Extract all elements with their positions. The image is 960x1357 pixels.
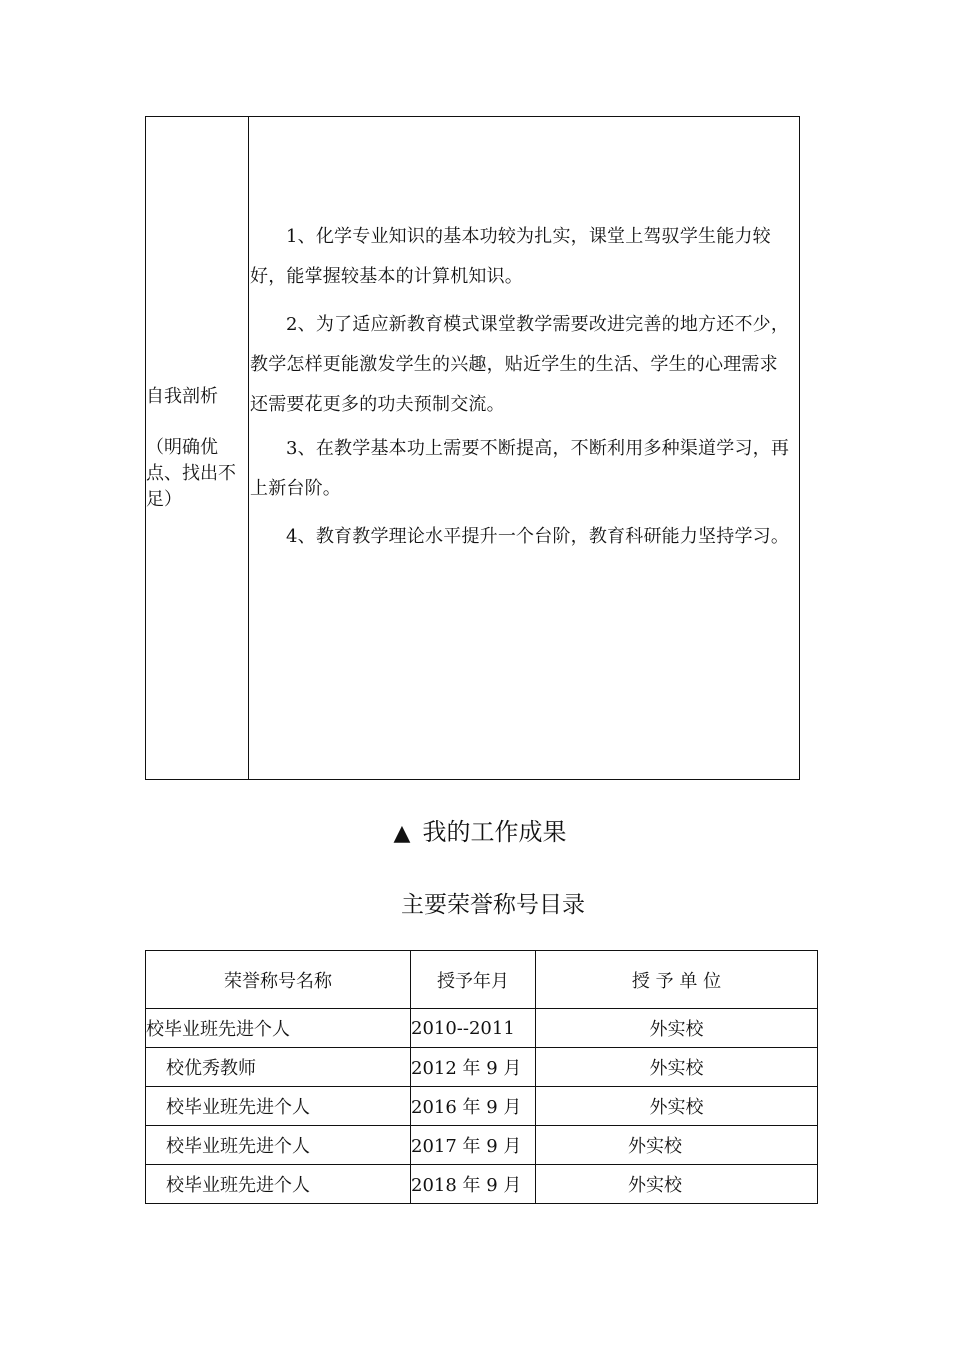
honors-list-title: 主要荣誉称号目录 xyxy=(0,886,960,919)
self-analysis-content-cell: 1、化学专业知识的基本功较为扎实，课堂上驾驭学生能力较好，能掌握较基本的计算机知… xyxy=(250,117,799,779)
self-analysis-label: 自我剖析 xyxy=(146,385,218,409)
award-unit: 外实校 xyxy=(536,1009,818,1048)
award-unit: 外实校 xyxy=(536,1165,818,1204)
section-title: ▲我的工作成果 xyxy=(0,812,960,847)
self-analysis-sublabel: （明确优点、找出不足） xyxy=(146,435,248,513)
award-date: 2010--2011 xyxy=(411,1009,536,1048)
award-date: 2016 年 9 月 xyxy=(411,1087,536,1126)
self-analysis-label-cell: 自我剖析 （明确优点、找出不足） xyxy=(146,117,249,779)
section-title-text: 我的工作成果 xyxy=(422,818,566,846)
analysis-paragraph-2: 2、为了适应新教育模式课堂教学需要改进完善的地方还不少，教学怎样更能激发学生的兴… xyxy=(250,305,793,425)
honor-name: 校优秀教师 xyxy=(146,1048,411,1087)
honor-name: 校毕业班先进个人 xyxy=(146,1126,411,1165)
self-analysis-table: 自我剖析 （明确优点、找出不足） 1、化学专业知识的基本功较为扎实，课堂上驾驭学… xyxy=(145,116,800,780)
analysis-paragraph-1: 1、化学专业知识的基本功较为扎实，课堂上驾驭学生能力较好，能掌握较基本的计算机知… xyxy=(250,217,793,297)
table-row: 校毕业班先进个人 2017 年 9 月 外实校 xyxy=(146,1126,818,1165)
triangle-icon: ▲ xyxy=(394,821,411,846)
table-header-row: 荣誉称号名称 授予年月 授 予 单 位 xyxy=(146,951,818,1009)
header-honor-name: 荣誉称号名称 xyxy=(146,951,411,1009)
award-date: 2012 年 9 月 xyxy=(411,1048,536,1087)
header-award-date: 授予年月 xyxy=(411,951,536,1009)
header-award-unit: 授 予 单 位 xyxy=(536,951,818,1009)
award-unit: 外实校 xyxy=(536,1126,818,1165)
table-row: 校优秀教师 2012 年 9 月 外实校 xyxy=(146,1048,818,1087)
honor-name: 校毕业班先进个人 xyxy=(146,1087,411,1126)
honor-name: 校毕业班先进个人 xyxy=(146,1009,411,1048)
award-date: 2017 年 9 月 xyxy=(411,1126,536,1165)
table-row: 校毕业班先进个人 2018 年 9 月 外实校 xyxy=(146,1165,818,1204)
award-unit: 外实校 xyxy=(536,1087,818,1126)
honor-name: 校毕业班先进个人 xyxy=(146,1165,411,1204)
award-date: 2018 年 9 月 xyxy=(411,1165,536,1204)
analysis-paragraph-3: 3、在教学基本功上需要不断提高，不断利用多种渠道学习，再上新台阶。 xyxy=(250,429,793,509)
honors-table: 荣誉称号名称 授予年月 授 予 单 位 校毕业班先进个人 2010--2011 … xyxy=(145,950,818,1204)
table-row: 校毕业班先进个人 2010--2011 外实校 xyxy=(146,1009,818,1048)
table-row: 校毕业班先进个人 2016 年 9 月 外实校 xyxy=(146,1087,818,1126)
analysis-paragraph-4: 4、教育教学理论水平提升一个台阶，教育科研能力坚持学习。 xyxy=(250,517,793,557)
award-unit: 外实校 xyxy=(536,1048,818,1087)
